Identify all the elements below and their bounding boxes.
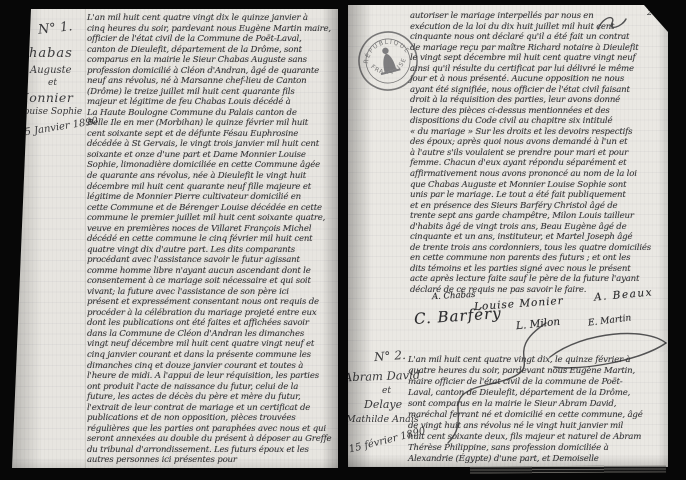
- handwriting-line: de quarante ans révolus, née à Dieulefit…: [87, 171, 337, 182]
- handwriting-line: droit à la réquisition des parties, leur…: [410, 95, 665, 106]
- handwriting-line: maréchal ferrant né et domicilié en cett…: [408, 410, 664, 421]
- handwriting-line: vivant; la future avec l'assistance de s…: [87, 287, 337, 298]
- handwriting-line: exécution de la loi du dix huit juillet …: [410, 22, 665, 33]
- handwriting-line: quatre heures du soir, pardevant nous Eu…: [408, 366, 664, 377]
- handwriting-line: comparus en la mairie le Sieur Chabas Au…: [87, 55, 337, 66]
- handwriting-line: à l'autre s'ils voulaient se prendre pou…: [410, 148, 665, 159]
- handwriting-line: jour et à nous présenté. Aucune oppositi…: [410, 74, 665, 85]
- handwriting-line: femme. Chacun d'eux ayant répondu séparé…: [410, 158, 665, 169]
- handwriting-line: l'extrait de leur contrat de mariage et …: [87, 403, 337, 414]
- act1-et: et: [48, 78, 57, 88]
- handwriting-line: des époux; après quoi nous avons demandé…: [410, 137, 665, 148]
- handwriting-line: soixante et onze d'une part et Dame Monn…: [87, 150, 337, 161]
- act2-et: et: [382, 386, 391, 396]
- handwriting-line: consentement à ce mariage soit nécessair…: [87, 276, 337, 287]
- handwriting-line: comme homme libre n'ayant aucun ascendan…: [87, 266, 337, 277]
- handwriting-line: huit cent soixante deux, fils majeur et …: [408, 432, 664, 443]
- handwriting-line: de trente trois ans cordonniers, tous le…: [410, 243, 665, 254]
- handwriting-line: Alexandrie (Égypte) d'une part, et Demoi…: [408, 454, 664, 465]
- act1-bride-surname: Monnier: [16, 90, 73, 105]
- handwriting-line: neuf ans révolus, né à Marsanne chef-lie…: [87, 76, 337, 87]
- handwriting-line: Thérèse Philippine, sans profession domi…: [408, 443, 664, 454]
- act2-body: L'an mil huit cent quatre vingt dix, le …: [408, 355, 664, 465]
- act1-body-left: L'an mil huit cent quatre vingt dix le q…: [87, 13, 337, 466]
- handwriting-line: officier de l'état civil de la Commune d…: [87, 34, 337, 45]
- handwriting-line: sont comparus en la mairie le Sieur Abra…: [408, 399, 664, 410]
- handwriting-line: présent et expressément consentant nous …: [87, 297, 337, 308]
- handwriting-line: que Chabas Auguste et Monnier Louise Sop…: [410, 180, 665, 191]
- handwriting-line: dans la Commune de Cléon d'Andran les di…: [87, 329, 337, 340]
- handwriting-line: procéder à la célébration du mariage pro…: [87, 308, 337, 319]
- handwriting-line: veuve en premières noces de Villaret Fra…: [87, 224, 337, 235]
- handwriting-line: dimanches cinq et douze janvier courant …: [87, 361, 337, 372]
- handwriting-line: majeur et légitime de feu Chabas Louis d…: [87, 97, 337, 108]
- act1-bride-firstname: Louise Sophie: [18, 107, 82, 117]
- handwriting-line: acte après lecture faite sauf le père de…: [410, 274, 665, 285]
- signature-witness-milon: L. Milon: [515, 316, 560, 333]
- handwriting-line: vingt neuf décembre mil huit cent quatre…: [87, 339, 337, 350]
- handwriting-line: Laval, canton de Dieulefit, département …: [408, 388, 664, 399]
- handwriting-line: autres personnes ici présentes pour: [87, 455, 337, 466]
- act2-number: N° 2.: [374, 348, 407, 364]
- handwriting-line: de mariage reçu par maître Richard notai…: [410, 43, 665, 54]
- handwriting-line: unis par le mariage. Le tout a été fait …: [410, 190, 665, 201]
- register-scan: N° 1. Chabas Auguste et Monnier Louise S…: [0, 0, 686, 480]
- handwriting-line: autoriser le mariage interpellés par nou…: [410, 11, 665, 22]
- handwriting-line: régulières que les parties ont paraphées…: [87, 424, 337, 435]
- handwriting-line: lecture des pièces ci-dessus mentionnées…: [410, 106, 665, 117]
- act1-groom-firstname: Auguste: [30, 65, 72, 76]
- act1-number: N° 1.: [37, 19, 73, 38]
- handwriting-line: décembre mil huit cent quarante neuf fil…: [87, 182, 337, 193]
- handwriting-line: maire officier de l'état civil de la com…: [408, 377, 664, 388]
- act1-margin-annotation: N° 1. Chabas Auguste et Monnier Louise S…: [16, 21, 88, 151]
- signature-groom: A. Chabas: [432, 290, 476, 302]
- act2-bride-surname: Delaye: [364, 398, 402, 411]
- handwriting-line: le vingt sept décembre mil huit cent qua…: [410, 53, 665, 64]
- handwriting-line: L'an mil huit cent quatre vingt dix le q…: [87, 13, 337, 24]
- handwriting-line: publications et de non opposition, pièce…: [87, 413, 337, 424]
- handwriting-line: cinq heures du soir, pardevant nous Eugè…: [87, 24, 337, 35]
- handwriting-line: « du mariage » Sur les droits et les dev…: [410, 127, 665, 138]
- handwriting-line: cinquante et un ans, instituteur, et Mar…: [410, 232, 665, 243]
- handwriting-line: cinquante nous ont déclaré qu'il a été f…: [410, 32, 665, 43]
- handwriting-line: future, les actes de décès du père et mè…: [87, 392, 337, 403]
- handwriting-line: commune le premier juillet mil huit cent…: [87, 213, 337, 224]
- handwriting-line: l'heure de midi. A l'appui de leur réqui…: [87, 371, 337, 382]
- handwriting-line: dispositions du Code civil au chapitre s…: [410, 116, 665, 127]
- handwriting-line: quatre vingt dix d'autre part. Les dits …: [87, 245, 337, 256]
- signature-mayor: E. Martin: [588, 313, 632, 328]
- handwriting-line: (Drôme) le treize juillet mil huit cent …: [87, 87, 337, 98]
- handwriting-line: seront annexées au double du présent à d…: [87, 434, 337, 445]
- handwriting-line: Belle Ile en mer (Morbihan) le quinze fé…: [87, 118, 337, 129]
- handwriting-line: décédé en cette commune le cinq février …: [87, 234, 337, 245]
- act1-groom-surname: Chabas: [18, 46, 73, 61]
- act1-body-continuation: autoriser le mariage interpellés par nou…: [410, 11, 665, 295]
- handwriting-line: L'an mil huit cent quatre vingt dix, le …: [408, 355, 664, 366]
- handwriting-line: et en présence des Sieurs Barféry Christ…: [410, 201, 665, 212]
- handwriting-line: ainsi qu'il résulte du certificat par lu…: [410, 64, 665, 75]
- handwriting-line: La Haute Boulogne Commune du Palais cant…: [87, 108, 337, 119]
- handwriting-line: ayant été signifiée, nous officier de l'…: [410, 85, 665, 96]
- handwriting-line: légitime de Monnier Pierre cultivateur d…: [87, 192, 337, 203]
- stacked-pages-edge: [470, 465, 666, 473]
- handwriting-line: d'habits âgé de vingt trois ans, Beau Eu…: [410, 222, 665, 233]
- handwriting-line: affirmativement nous avons prononcé au n…: [410, 169, 665, 180]
- handwriting-line: décédée à St Gervais, le vingt trois jan…: [87, 139, 337, 150]
- handwriting-line: de vingt huit ans révolus né le vingt hu…: [408, 421, 664, 432]
- handwriting-line: ont produit l'acte de naissance du futur…: [87, 382, 337, 393]
- handwriting-line: dont les publications ont été faites et …: [87, 318, 337, 329]
- handwriting-line: du tribunal d'arrondissement. Les futurs…: [87, 445, 337, 456]
- handwriting-line: trente sept ans garde champêtre, Milon L…: [410, 211, 665, 222]
- handwriting-line: cinq janvier courant et dans la présente…: [87, 350, 337, 361]
- handwriting-line: cette Commune et de Bérenger Louise décé…: [87, 203, 337, 214]
- signature-witness-barfery: C. Barféry: [413, 304, 502, 328]
- handwriting-line: profession domicilié à Cléon d'Andran, â…: [87, 66, 337, 77]
- handwriting-line: procédant avec l'assistance savoir le fu…: [87, 255, 337, 266]
- handwriting-line: Sophie, limonadière domiciliée en cette …: [87, 160, 337, 171]
- register-page-right: 2 RÉPUBLIQUE FRANÇAISE autoris: [348, 5, 668, 467]
- handwriting-line: dits témoins et les parties signé avec n…: [410, 264, 665, 275]
- handwriting-line: canton de Dieulefit, département de la D…: [87, 45, 337, 56]
- register-page-left: N° 1. Chabas Auguste et Monnier Louise S…: [12, 9, 338, 468]
- handwriting-line: en cette commune non parents des futurs …: [410, 253, 665, 264]
- handwriting-line: cent soixante sept et de défunte Fésau E…: [87, 129, 337, 140]
